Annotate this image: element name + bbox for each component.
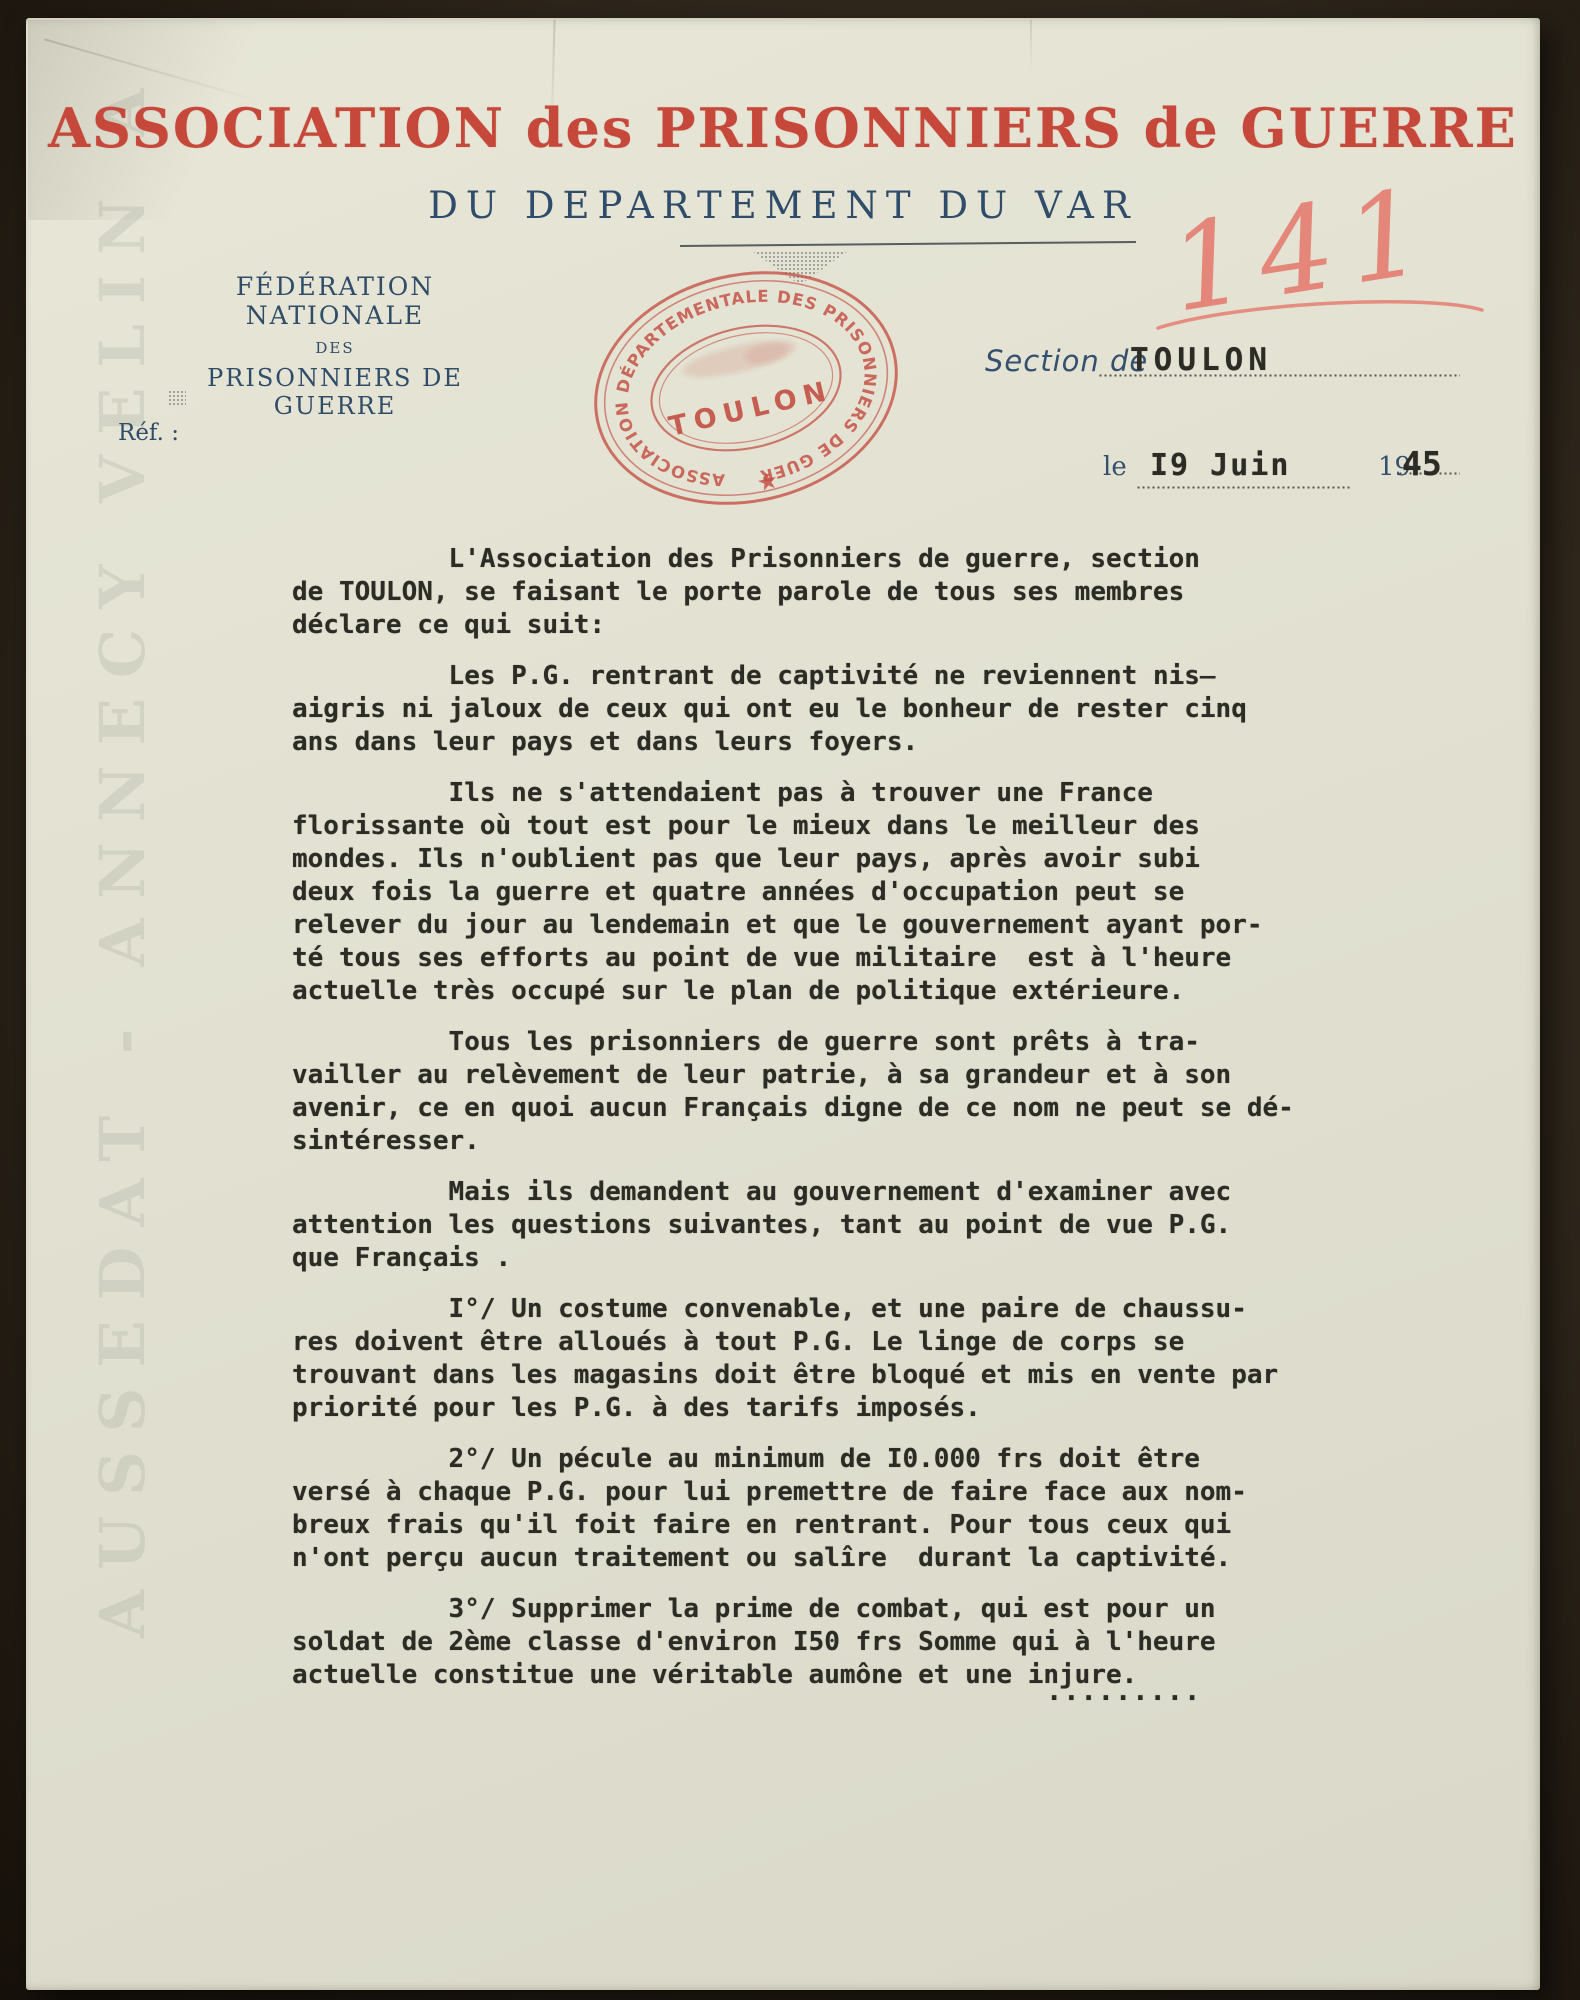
trailing-dots: ......... (1046, 1676, 1201, 1707)
letter-body: L'Association des Prisonniers de guerre,… (292, 543, 1304, 1710)
date-year-typed: 45 (1402, 444, 1442, 483)
federation-line1: FÉDÉRATION NATIONALE (150, 272, 520, 330)
federation-line2: DES (150, 339, 520, 357)
paragraph-france: Ils ne s'attendaient pas à trouver une F… (292, 777, 1304, 1008)
paragraph-intro: L'Association des Prisonniers de guerre,… (292, 543, 1304, 642)
stamp-center-text: TOULON (666, 375, 836, 443)
photo-background: AUSSEDAT - ANNECY VELIN A ASSOCIATION de… (0, 0, 1580, 2000)
paragraph-demandes: Mais ils demandent au gouvernement d'exa… (292, 1176, 1304, 1275)
section-value-typed: TOULON (1130, 342, 1272, 378)
paragraph-item-1: I°/ Un costume convenable, et une paire … (292, 1293, 1304, 1425)
federation-line3: PRISONNIERS DE GUERRE (150, 364, 520, 420)
section-label: Section de (985, 344, 1148, 378)
date-label: le (1103, 452, 1127, 482)
paper-crease (1030, 20, 1032, 70)
date-dotted-line (1136, 486, 1352, 489)
paragraph-item-2: 2°/ Un pécule au minimum de I0.000 frs d… (292, 1443, 1304, 1575)
paragraph-patrie: Tous les prisonniers de guerre sont prêt… (292, 1026, 1304, 1158)
handwritten-number-text: 141 (1160, 161, 1446, 339)
federation-block: FÉDÉRATION NATIONALE DES PRISONNIERS DE … (150, 272, 520, 420)
paragraph-captivity: Les P.G. rentrant de captivité ne revien… (292, 660, 1304, 759)
date-value-typed: I9 Juin (1150, 448, 1290, 483)
handwritten-number-141: 141 (1128, 142, 1508, 352)
reference-label: Réf. : (118, 420, 179, 446)
paper-watermark: AUSSEDAT - ANNECY VELIN A (86, 78, 159, 1638)
stamp-ink-smudge (680, 333, 799, 384)
dots-ornament (168, 390, 186, 405)
